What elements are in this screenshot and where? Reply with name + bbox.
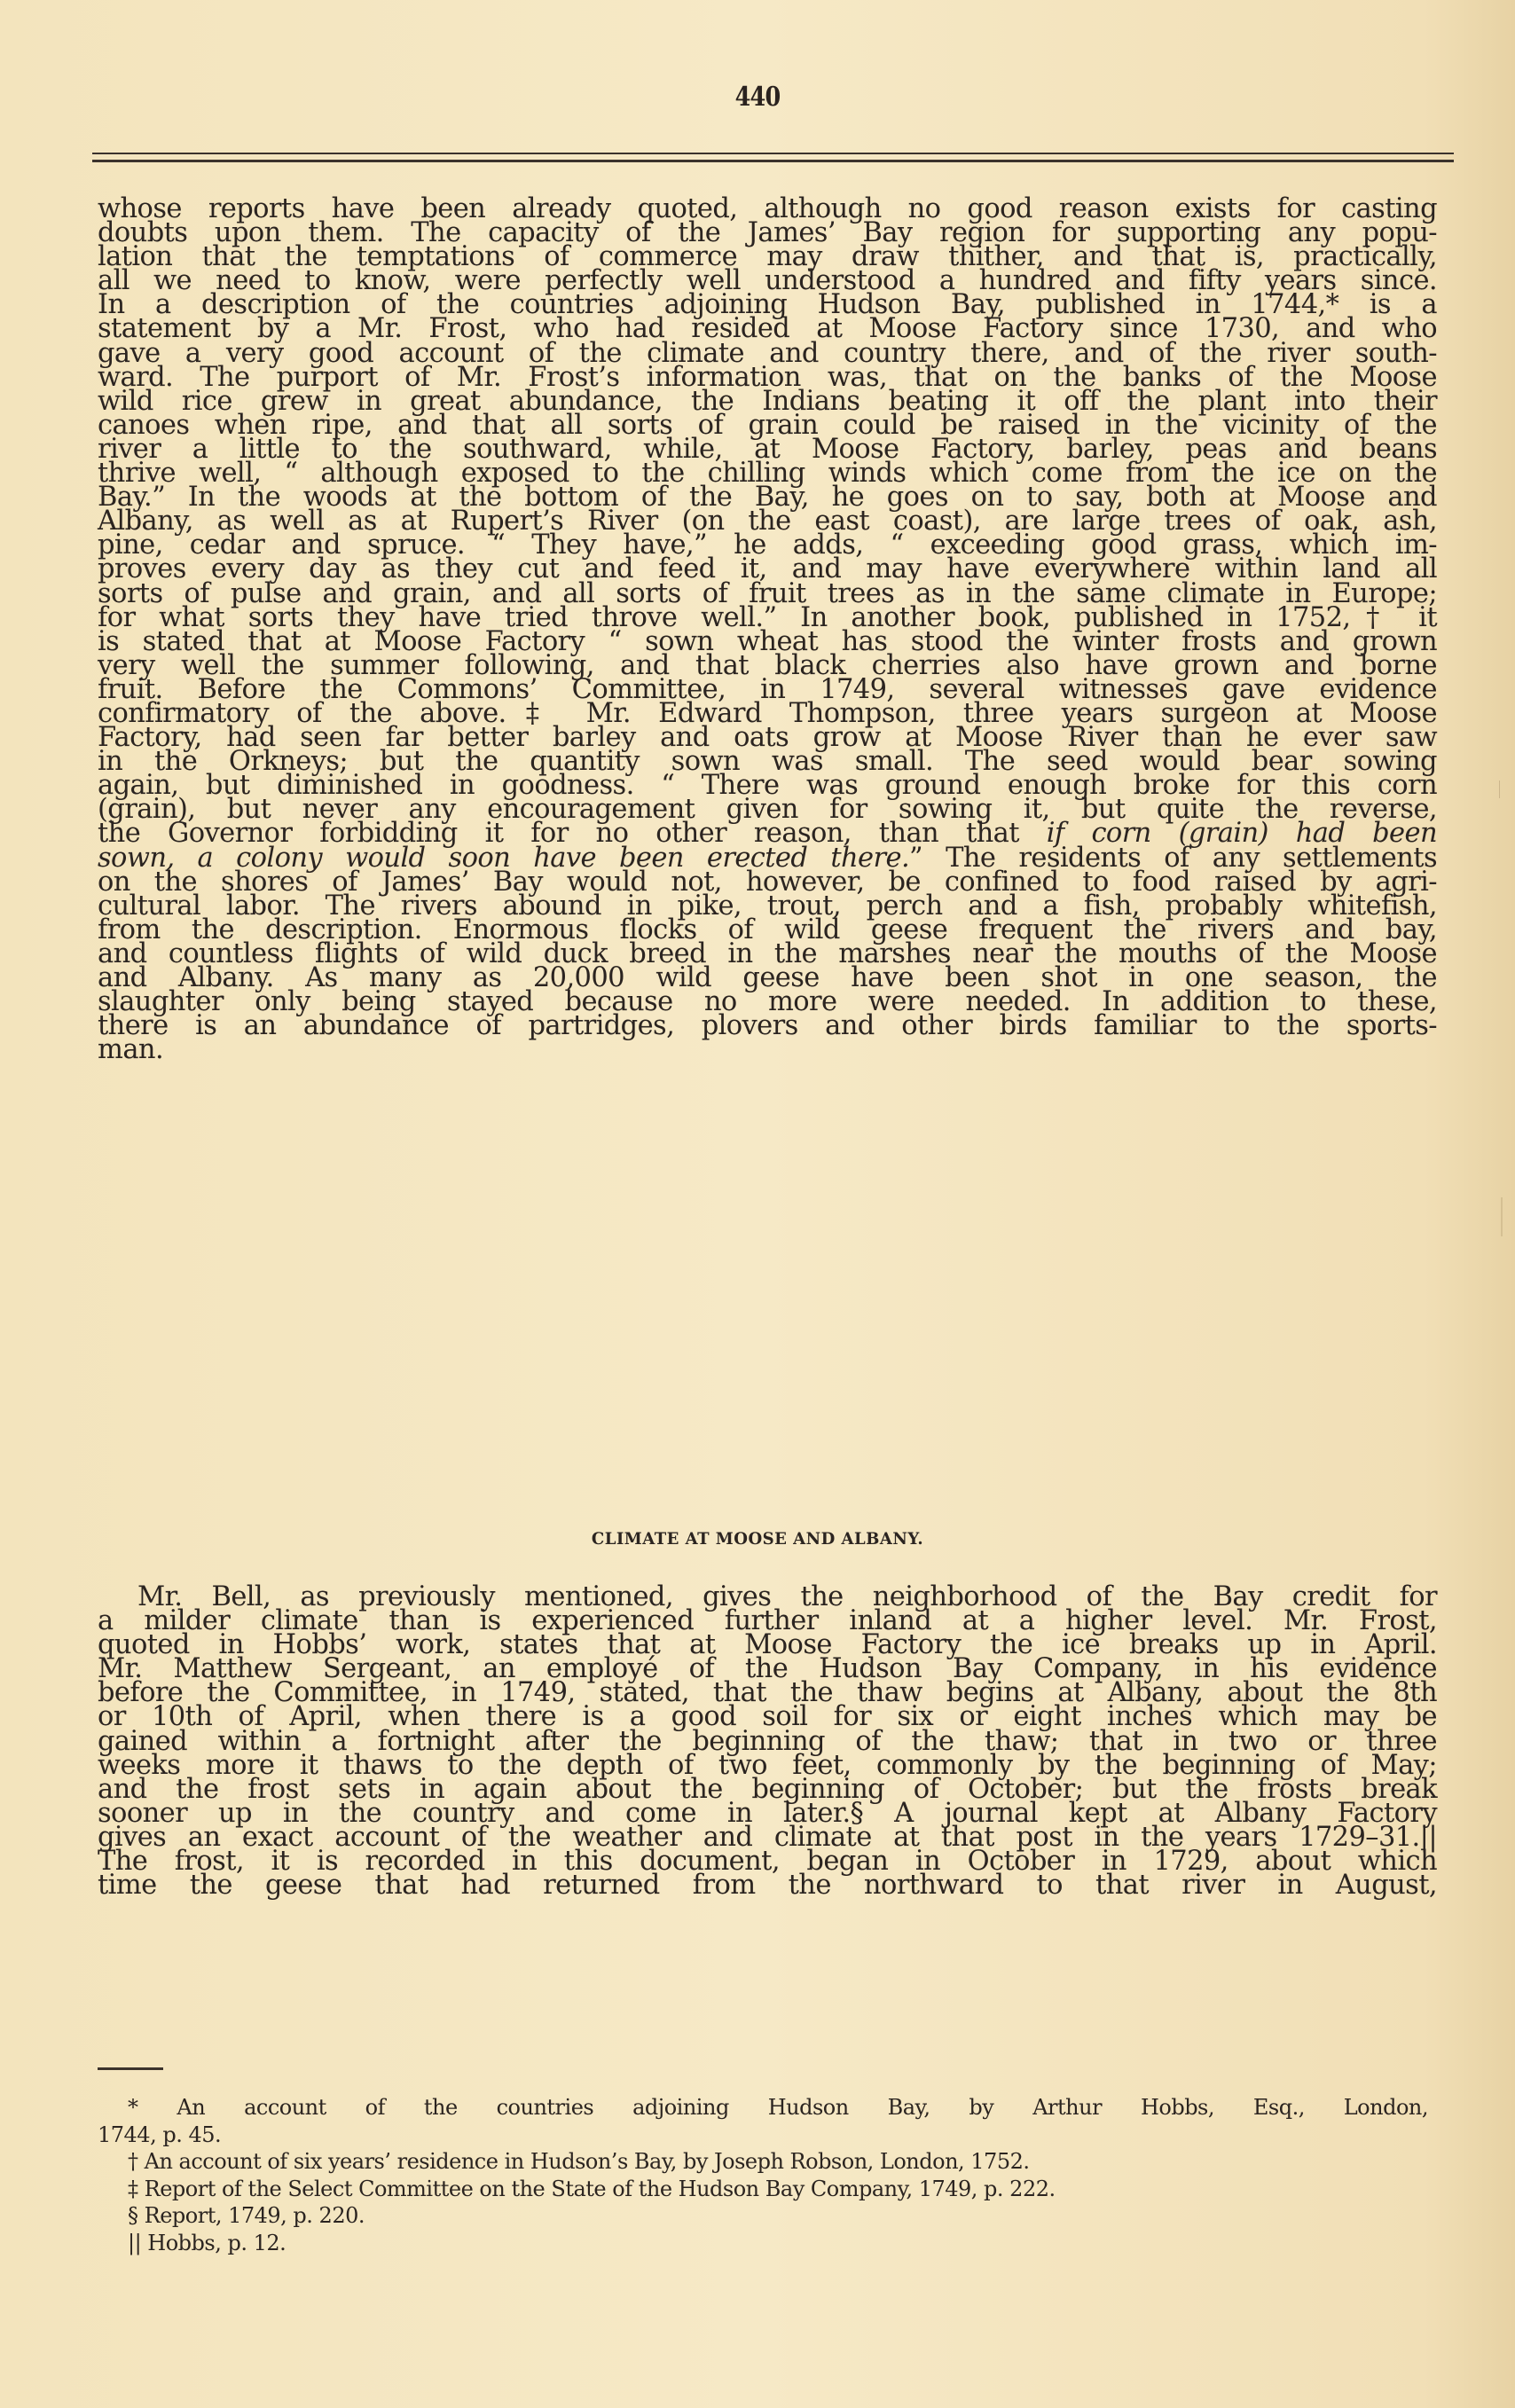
footnote-dagger: † An account of six years’ residence in …: [98, 2149, 1428, 2177]
page-blemish: [1499, 780, 1507, 798]
footnote-section: § Report, 1749, p. 220.: [98, 2203, 1428, 2231]
text-line: time the geese that had returned from th…: [98, 1873, 1437, 1897]
text-line: there is an abundance of partridges, plo…: [98, 1014, 1437, 1038]
footnote-asterisk: * An account of the countries adjoining …: [98, 2095, 1428, 2122]
page-number: 440: [114, 82, 1401, 113]
body-text-section-2: Mr. Bell, as previously mentioned, gives…: [98, 1585, 1437, 1897]
header-double-rule: [92, 153, 1454, 163]
page-blemish: [1501, 1197, 1510, 1236]
footnote-double-dagger: ‡ Report of the Select Committee on the …: [98, 2177, 1428, 2204]
footnote-asterisk-continued: 1744, p. 45.: [98, 2122, 1428, 2150]
footnotes: * An account of the countries adjoining …: [98, 2095, 1428, 2257]
section-heading: CLIMATE AT MOOSE AND ALBANY.: [38, 1529, 1478, 1549]
body-text-section-1: whose reports have been already quoted, …: [98, 197, 1437, 1062]
footnote-separator: [98, 2067, 163, 2070]
header-rule-top: [92, 153, 1454, 154]
text-line: man.: [98, 1038, 1437, 1062]
header-rule-bottom: [92, 160, 1454, 162]
footnote-parallel: || Hobbs, p. 12.: [98, 2231, 1428, 2258]
